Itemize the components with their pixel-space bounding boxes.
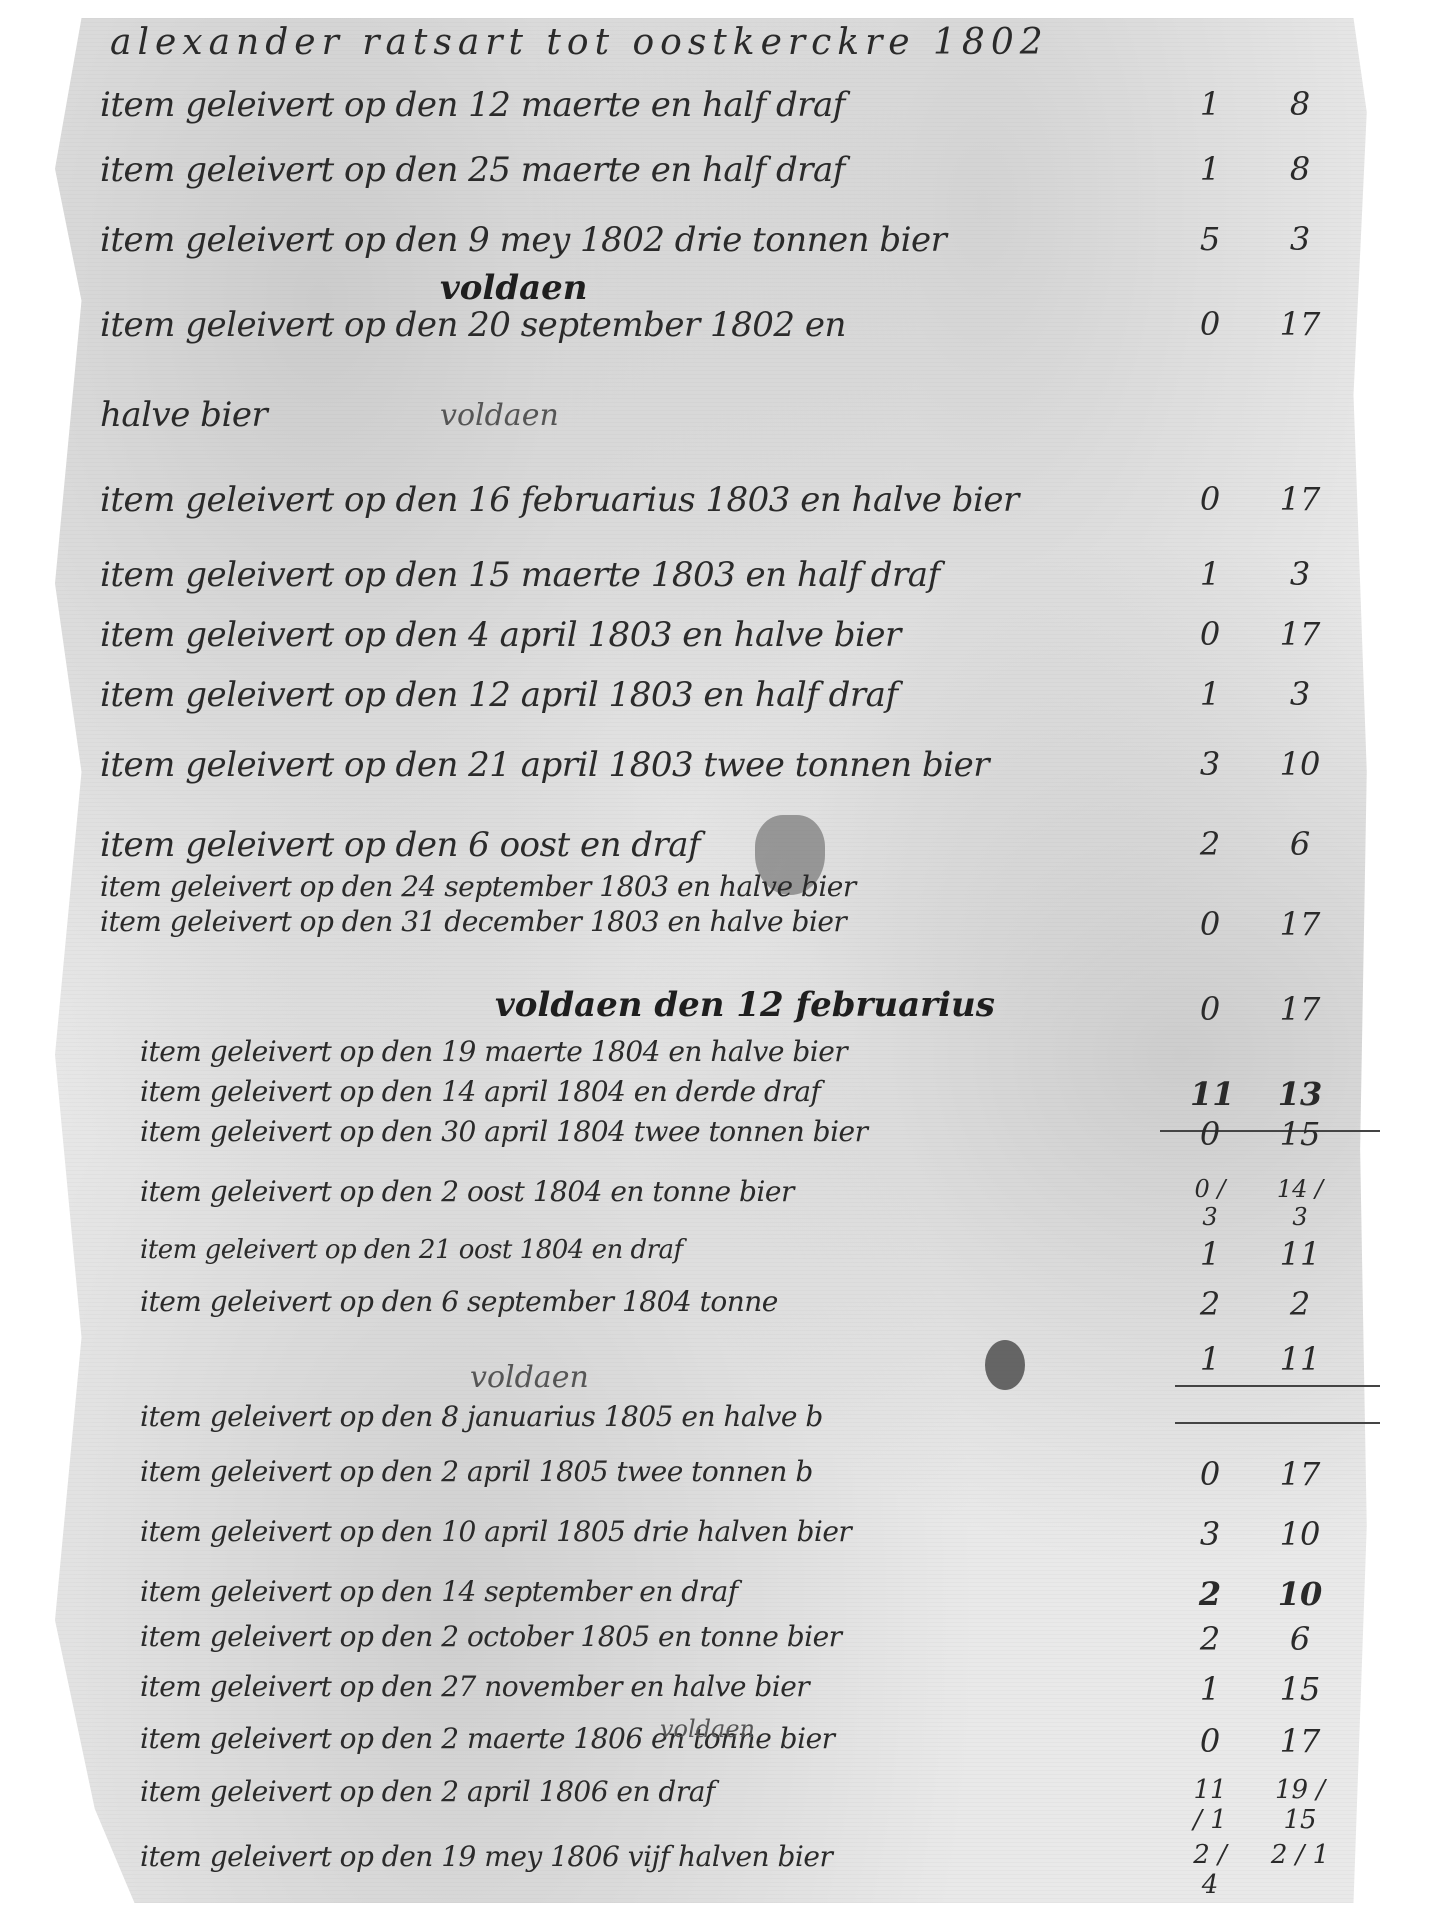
- row-amount-2: 2: [1270, 1285, 1330, 1323]
- row-text: item geleivert op den 6 september 1804 t…: [140, 1285, 778, 1318]
- row-amount-1: 1: [1190, 675, 1230, 713]
- ledger-row: 1 11: [0, 1340, 1443, 1386]
- voldaen-note: voldaen: [440, 268, 588, 308]
- row-amount-1: 0: [1190, 1455, 1230, 1493]
- voldaen-note: voldaen: [440, 398, 559, 433]
- row-amount-1: 1: [1190, 85, 1230, 123]
- row-amount-1: 0 / 3: [1190, 1175, 1230, 1231]
- ledger-row: item geleivert op den 2 october 1805 en …: [0, 1620, 1443, 1666]
- row-text: item geleivert op den 14 september en dr…: [140, 1575, 738, 1608]
- ledger-row: item geleivert op den 4 april 1803 en ha…: [0, 615, 1443, 661]
- row-text: item geleivert op den 21 april 1803 twee…: [100, 745, 989, 785]
- row-text: item geleivert op den 21 oost 1804 en dr…: [140, 1235, 683, 1265]
- row-amount-2: 15: [1270, 1670, 1330, 1708]
- ledger-row: item geleivert op den 6 oost en draf 2 6: [0, 825, 1443, 871]
- row-amount-1: 2: [1190, 1620, 1230, 1658]
- row-amount-2: 17: [1270, 615, 1330, 653]
- row-text: item geleivert op den 30 april 1804 twee…: [140, 1115, 868, 1148]
- row-amount-2: 10: [1270, 1515, 1330, 1553]
- row-amount-2: 10: [1270, 1575, 1330, 1613]
- ledger-row: item geleivert op den 21 april 1803 twee…: [0, 745, 1443, 791]
- ledger-row: item geleivert op den 27 november en hal…: [0, 1670, 1443, 1716]
- row-text: item geleivert op den 4 april 1803 en ha…: [100, 615, 901, 655]
- ledger-row: item geleivert op den 2 april 1805 twee …: [0, 1455, 1443, 1501]
- voldaen-note: voldaen: [660, 1715, 755, 1743]
- row-text: item geleivert op den 9 mey 1802 drie to…: [100, 220, 946, 260]
- row-text: item geleivert op den 24 september 1803 …: [100, 870, 856, 903]
- ledger-row: item geleivert op den 6 september 1804 t…: [0, 1285, 1443, 1331]
- ledger-row: item geleivert op den 9 mey 1802 drie to…: [0, 220, 1443, 266]
- row-amount-1: 1: [1190, 1670, 1230, 1708]
- row-amount-1: 5: [1190, 220, 1230, 258]
- row-text: item geleivert op den 15 maerte 1803 en …: [100, 555, 940, 595]
- subtotal-1: 11: [1190, 1075, 1230, 1113]
- row-text: item geleivert op den 19 maerte 1804 en …: [140, 1035, 847, 1068]
- ledger-row: item geleivert op den 15 maerte 1803 en …: [0, 555, 1443, 601]
- row-amount-2: 8: [1270, 85, 1330, 123]
- row-text: item geleivert op den 20 september 1802 …: [100, 305, 846, 345]
- row-text: item geleivert op den 12 maerte en half …: [100, 85, 845, 125]
- row-amount-1: 1: [1190, 150, 1230, 188]
- total-rule: [1175, 1385, 1380, 1387]
- ledger-row: item geleivert op den 8 januarius 1805 e…: [0, 1400, 1443, 1446]
- ledger-row: item geleivert op den 14 september en dr…: [0, 1575, 1443, 1621]
- row-text: item geleivert op den 25 maerte en half …: [100, 150, 845, 190]
- row-amount-1: 0: [1190, 305, 1230, 343]
- ledger-row: item geleivert op den 31 december 1803 e…: [0, 905, 1443, 951]
- ledger-row: item geleivert op den 2 april 1806 en dr…: [0, 1775, 1443, 1821]
- row-amount-2: 6: [1270, 1620, 1330, 1658]
- row-amount-2: 17: [1270, 905, 1330, 943]
- row-amount-2: 17: [1270, 1722, 1330, 1760]
- row-amount-1: 0: [1190, 480, 1230, 518]
- ledger-header: alexander ratsart tot oostkerckre 1802: [0, 22, 1443, 68]
- row-amount-1: 3: [1190, 1515, 1230, 1553]
- ledger-row: item geleivert op den 30 april 1804 twee…: [0, 1115, 1443, 1161]
- voldaen-note: voldaen: [470, 1360, 589, 1395]
- row-amount-2: 2 / 1: [1270, 1840, 1330, 1870]
- row-amount-2: 10: [1270, 745, 1330, 783]
- row-amount-1: 2 / 4: [1190, 1840, 1230, 1900]
- ledger-row: item geleivert op den 20 september 1802 …: [0, 305, 1443, 351]
- row-amount-2: 17: [1270, 480, 1330, 518]
- row-amount-1: 2: [1190, 1285, 1230, 1323]
- row-text: item geleivert op den 10 april 1805 drie…: [140, 1515, 851, 1548]
- row-text: item geleivert op den 8 januarius 1805 e…: [140, 1400, 823, 1433]
- row-text: item geleivert op den 16 februarius 1803…: [100, 480, 1019, 520]
- row-text: item geleivert op den 2 october 1805 en …: [140, 1620, 842, 1653]
- row-text: item geleivert op den 2 april 1805 twee …: [140, 1455, 813, 1488]
- subtotal-2: 13: [1270, 1075, 1330, 1113]
- row-amount-1: 0: [1190, 1722, 1230, 1760]
- row-amount-1: 1: [1190, 1235, 1230, 1273]
- header-text: alexander ratsart tot oostkerckre 1802: [110, 22, 1049, 63]
- row-amount-2: 17: [1270, 305, 1330, 343]
- row-amount-1: 2: [1190, 825, 1230, 863]
- row-text: item geleivert op den 14 april 1804 en d…: [140, 1075, 820, 1108]
- ledger-row: 0 17: [0, 990, 1443, 1036]
- row-amount-1: 0: [1190, 1115, 1230, 1153]
- ledger-row: item geleivert op den 12 april 1803 en h…: [0, 675, 1443, 721]
- row-amount-1: 0: [1190, 615, 1230, 653]
- row-amount-2: 8: [1270, 150, 1330, 188]
- row-amount-2: 17: [1270, 1455, 1330, 1493]
- row-amount-2: 11: [1270, 1340, 1330, 1378]
- row-text: item geleivert op den 2 oost 1804 en ton…: [140, 1175, 794, 1208]
- ledger-row: item geleivert op den 25 maerte en half …: [0, 150, 1443, 196]
- ledger-row: item geleivert op den 16 februarius 1803…: [0, 480, 1443, 526]
- ledger-row: item geleivert op den 12 maerte en half …: [0, 85, 1443, 131]
- row-amount-1: 0: [1190, 905, 1230, 943]
- row-amount-2: 14 / 3: [1270, 1175, 1330, 1231]
- row-amount-2: 19 / 15: [1270, 1775, 1330, 1835]
- row-text: halve bier: [100, 395, 267, 435]
- ledger-row: item geleivert op den 2 oost 1804 en ton…: [0, 1175, 1443, 1221]
- row-text: item geleivert op den 19 mey 1806 vijf h…: [140, 1840, 832, 1873]
- row-amount-2: 17: [1270, 990, 1330, 1028]
- ledger-row: item geleivert op den 19 mey 1806 vijf h…: [0, 1840, 1443, 1886]
- row-amount-2: 6: [1270, 825, 1330, 863]
- row-text: item geleivert op den 2 april 1806 en dr…: [140, 1775, 715, 1808]
- row-amount-1: 1: [1190, 555, 1230, 593]
- row-amount-2: 15: [1270, 1115, 1330, 1153]
- row-text: item geleivert op den 6 oost en draf: [100, 825, 700, 865]
- row-text: item geleivert op den 12 april 1803 en h…: [100, 675, 898, 715]
- row-amount-1: 3: [1190, 745, 1230, 783]
- row-amount-1: 11 / 1: [1190, 1775, 1230, 1835]
- row-amount-1: 2: [1190, 1575, 1230, 1613]
- row-amount-2: 3: [1270, 555, 1330, 593]
- row-amount-1: 1: [1190, 1340, 1230, 1378]
- row-text: item geleivert op den 31 december 1803 e…: [100, 905, 846, 938]
- row-amount-2: 11: [1270, 1235, 1330, 1273]
- row-amount-2: 3: [1270, 220, 1330, 258]
- ledger-row: item geleivert op den 21 oost 1804 en dr…: [0, 1235, 1443, 1281]
- row-amount-1: 0: [1190, 990, 1230, 1028]
- row-text: item geleivert op den 27 november en hal…: [140, 1670, 809, 1703]
- ledger-row: halve bier: [0, 395, 1443, 441]
- ledger-row: item geleivert op den 10 april 1805 drie…: [0, 1515, 1443, 1561]
- row-amount-2: 3: [1270, 675, 1330, 713]
